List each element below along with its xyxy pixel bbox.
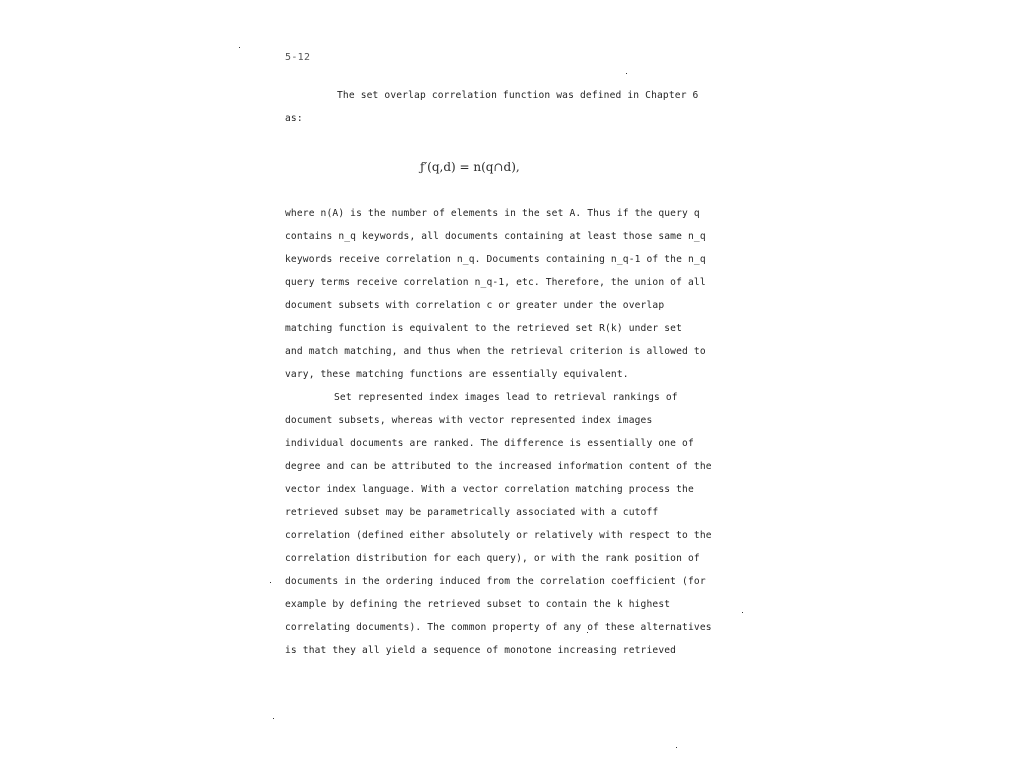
scan-speck xyxy=(676,747,677,748)
text-line: and match matching, and thus when the re… xyxy=(285,346,706,357)
scanned-document-page: 5-12 The set overlap correlation functio… xyxy=(0,0,1024,768)
text-line: matching function is equivalent to the r… xyxy=(285,323,682,334)
text-line: correlating documents). The common prope… xyxy=(285,622,712,633)
scan-speck xyxy=(586,462,587,463)
text-line: document subsets with correlation c or g… xyxy=(285,300,664,311)
text-line: contains n_q keywords, all documents con… xyxy=(285,231,706,242)
text-line: example by defining the retrieved subset… xyxy=(285,599,670,610)
scan-speck xyxy=(239,47,240,48)
text-line: retrieved subset may be parametrically a… xyxy=(285,507,658,518)
overlap-correlation-equation: ƒ′(q,d) = n(q∩d), xyxy=(420,160,520,174)
text-line: correlation (defined either absolutely o… xyxy=(285,530,712,541)
intro-line-1: The set overlap correlation function was… xyxy=(337,90,698,101)
text-line: where n(A) is the number of elements in … xyxy=(285,208,700,219)
text-line: document subsets, whereas with vector re… xyxy=(285,415,652,426)
text-line: vector index language. With a vector cor… xyxy=(285,484,694,495)
scan-speck xyxy=(273,718,274,719)
scan-speck xyxy=(270,582,271,583)
text-line: vary, these matching functions are essen… xyxy=(285,369,629,380)
text-line: keywords receive correlation n_q. Docume… xyxy=(285,254,706,265)
scan-speck xyxy=(587,632,588,633)
text-line: documents in the ordering induced from t… xyxy=(285,576,706,587)
page-number: 5-12 xyxy=(285,52,310,63)
text-line: individual documents are ranked. The dif… xyxy=(285,438,694,449)
text-line: query terms receive correlation n_q-1, e… xyxy=(285,277,706,288)
intro-line-2: as: xyxy=(285,113,303,124)
text-line: correlation distribution for each query)… xyxy=(285,553,700,564)
text-line: Set represented index images lead to ret… xyxy=(334,392,678,403)
scan-speck xyxy=(626,73,627,74)
text-line: is that they all yield a sequence of mon… xyxy=(285,645,676,656)
text-line: degree and can be attributed to the incr… xyxy=(285,461,712,472)
scan-speck xyxy=(742,612,743,613)
